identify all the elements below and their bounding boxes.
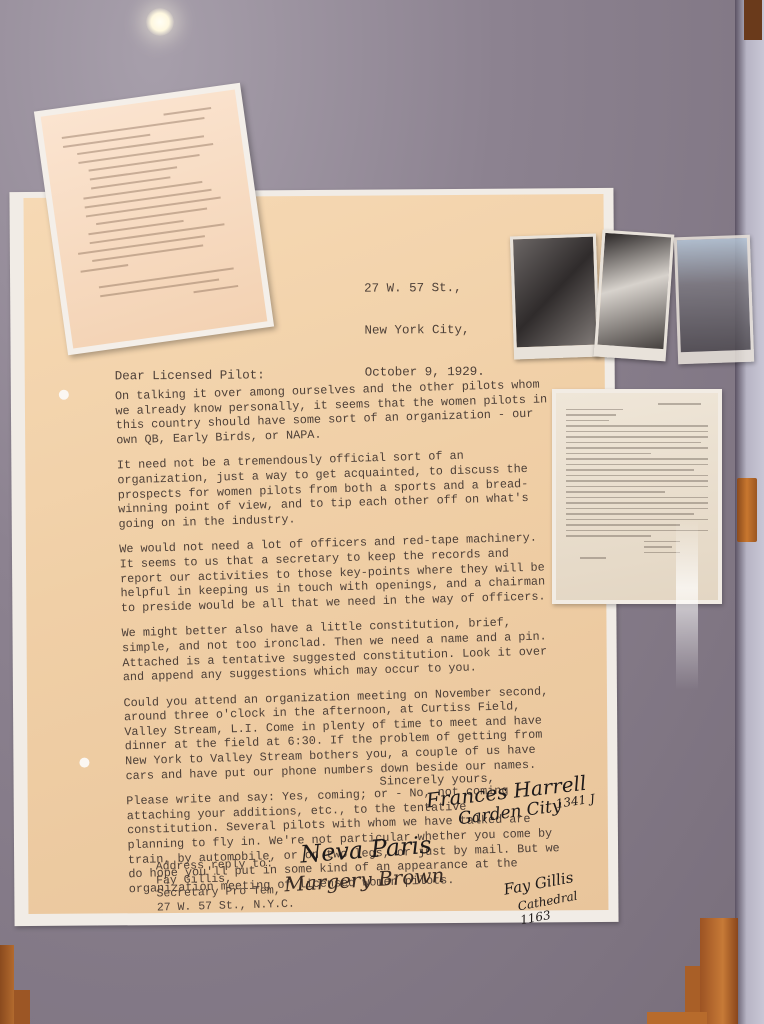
letter-date: October 9, 1929. bbox=[365, 365, 485, 380]
salutation: Dear Licensed Pilot: bbox=[115, 368, 265, 383]
glass-glare bbox=[676, 520, 698, 690]
paragraph: On talking it over among ourselves and t… bbox=[115, 377, 552, 448]
photo-pilot-seated bbox=[510, 234, 600, 360]
paragraph: We might better also have a little const… bbox=[121, 614, 558, 685]
pin-hole bbox=[79, 758, 89, 768]
wood-frame-post bbox=[744, 0, 762, 40]
paragraph: It need not be a tremendously official s… bbox=[117, 447, 555, 532]
wood-frame-corner bbox=[647, 1012, 707, 1024]
paragraph: We would not need a lot of officers and … bbox=[119, 530, 557, 615]
address-line: New York City, bbox=[364, 323, 484, 338]
pin-hole bbox=[59, 390, 69, 400]
address-line: 27 W. 57 St., bbox=[364, 281, 484, 296]
ceiling-light bbox=[146, 8, 174, 36]
attached-document-small bbox=[34, 83, 274, 356]
letter-body: On talking it over among ourselves and t… bbox=[115, 377, 565, 907]
reply-address: Address reply to: Fay Gillis, Secretary … bbox=[156, 857, 295, 915]
photo-obscured bbox=[674, 235, 754, 365]
wood-frame-corner bbox=[700, 918, 738, 1024]
wood-frame-corner bbox=[14, 990, 30, 1024]
wood-frame-corner bbox=[0, 945, 14, 1024]
paragraph: Could you attend an organization meeting… bbox=[123, 684, 561, 784]
illegible-text bbox=[60, 106, 245, 315]
photo-pilot-goggles bbox=[594, 230, 675, 362]
wood-frame-clip bbox=[737, 478, 757, 542]
